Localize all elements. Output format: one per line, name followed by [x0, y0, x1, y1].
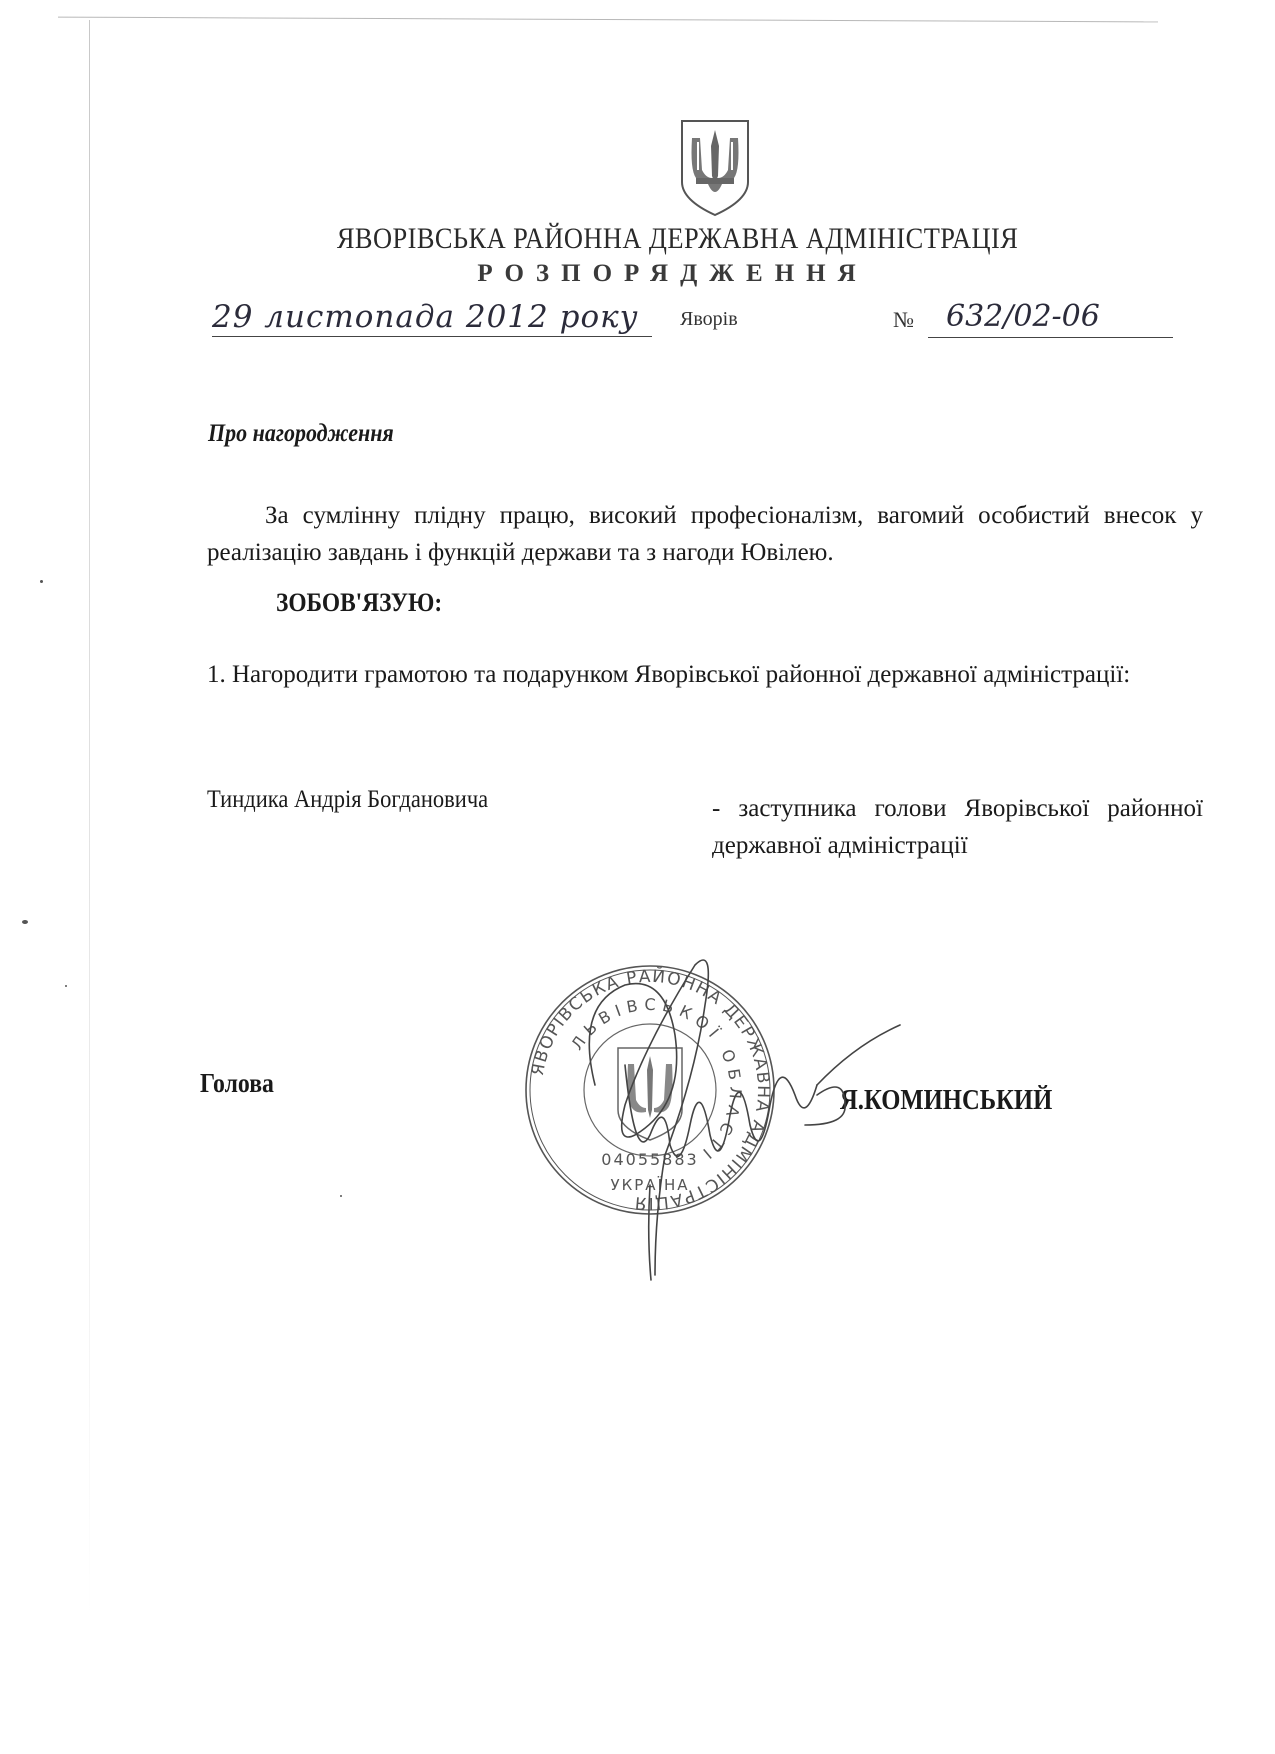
document-subject: Про нагородження	[208, 420, 394, 448]
document-number: 632/02-06	[928, 298, 1173, 338]
signature-scribble-icon	[555, 945, 915, 1285]
scan-speck	[40, 580, 43, 583]
scan-speck	[22, 920, 28, 924]
scan-edge-top	[58, 17, 1158, 23]
order-item-1: 1. Нагородити грамотою та подарунком Яво…	[207, 657, 1203, 693]
scan-speck	[340, 1195, 342, 1197]
document-type-title: РОЗПОРЯДЖЕННЯ	[0, 260, 1275, 288]
signatory-role: Голова	[200, 1068, 274, 1099]
organization-name: ЯВОРІВСЬКА РАЙОННА ДЕРЖАВНА АДМІНІСТРАЦІ…	[86, 222, 1208, 256]
ukraine-trident-icon	[678, 118, 752, 218]
preamble-paragraph: За сумлінну плідну працю, високий профес…	[207, 497, 1203, 571]
document-page: ЯВОРІВСЬКА РАЙОННА ДЕРЖАВНА АДМІНІСТРАЦІ…	[0, 0, 1275, 1754]
awardee-name: Тиндика Андрія Богдановича	[207, 786, 488, 814]
scan-speck	[65, 985, 67, 987]
directive-heading: ЗОБОВ'ЯЗУЮ:	[276, 588, 442, 618]
document-place: Яворів	[680, 308, 738, 331]
document-date: 29 листопада 2012 року	[212, 298, 652, 337]
awardee-position: - заступника голови Яворівської районної…	[712, 790, 1203, 864]
number-label: №	[893, 307, 914, 333]
